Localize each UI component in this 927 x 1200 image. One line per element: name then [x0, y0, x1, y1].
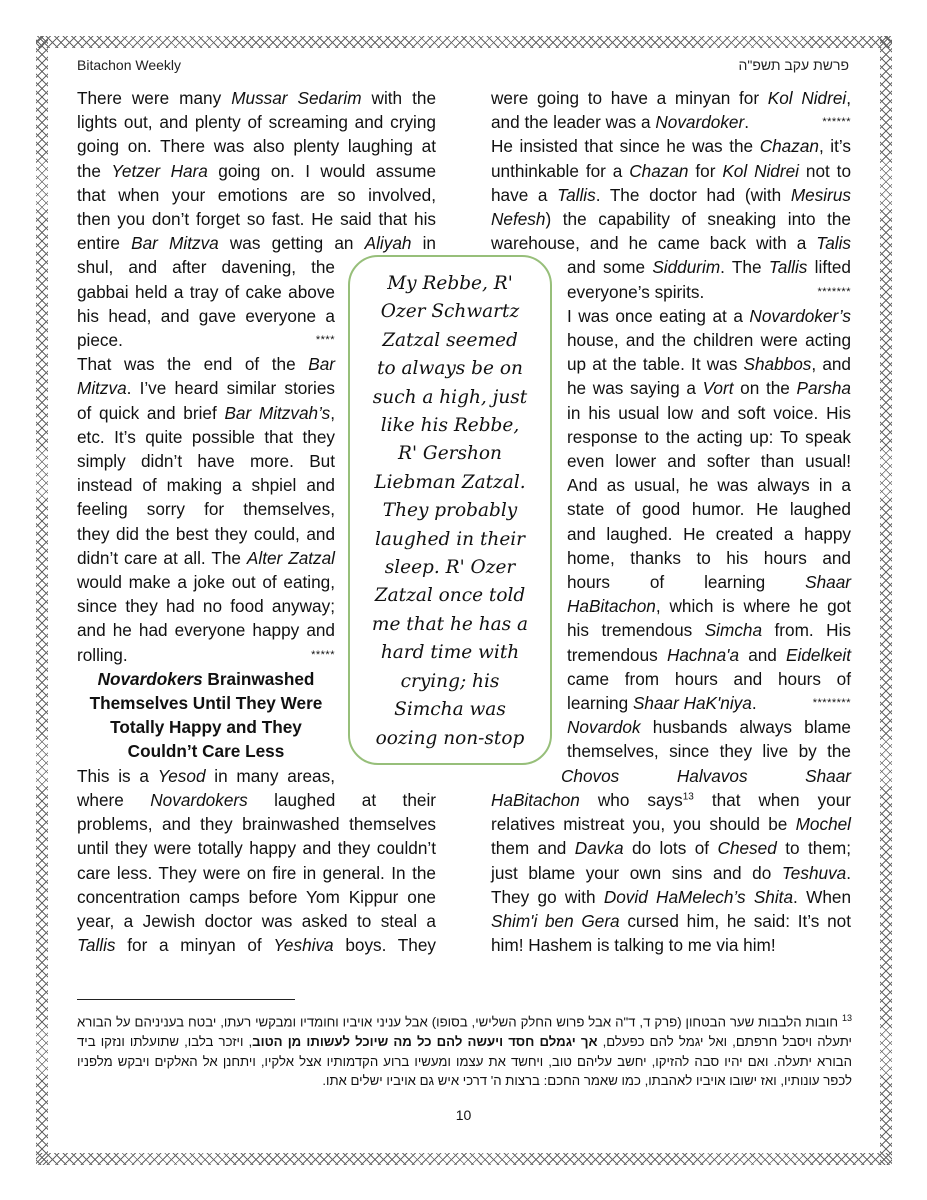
- text-line: Novardok husbands always blame: [567, 715, 851, 739]
- text-line: unthinkable for a Chazan for Kol Nidrei …: [491, 159, 851, 183]
- text-line: and some Siddurim. The Tallis lifted: [567, 255, 851, 279]
- page-border-left: [36, 36, 48, 1165]
- text-line: just blame your own sins and do Teshuva.: [491, 861, 851, 885]
- text-line: Tallis for a minyan of Yeshiva boys. The…: [77, 933, 436, 957]
- text-line: instead of making a shpiel and: [77, 473, 335, 497]
- text-line: year, a Jewish doctor was asked to steal…: [77, 909, 436, 933]
- text-line: problems, and they brainwashed themselve…: [77, 812, 436, 836]
- text-line: learning Shaar HaK'niya.********: [567, 691, 851, 715]
- section-separator: *****: [311, 643, 335, 667]
- text-line: them and Davka do lots of Chesed to them…: [491, 836, 851, 860]
- text-line: Chovos Halvavos Shaar: [561, 764, 851, 788]
- text-line: up at the table. It was Shabbos, and: [567, 352, 851, 376]
- text-line: I was once eating at a Novardoker’s: [567, 304, 851, 328]
- text-line: since they had no food anyway;: [77, 594, 335, 618]
- page-border-right: [880, 36, 892, 1165]
- text-line: etc. It’s quite possible that they: [77, 425, 335, 449]
- text-line: even lower and softer than usual!: [567, 449, 851, 473]
- section-heading: Novardokers Brainwashed Themselves Until…: [77, 667, 335, 764]
- text-line: themselves, since they live by the: [567, 739, 851, 763]
- right-column: were going to have a minyan for Kol Nidr…: [491, 86, 851, 957]
- text-line: and the leader was a Novardoker.******: [491, 110, 851, 134]
- section-separator: ******: [822, 110, 851, 134]
- text-line: in his usual low and soft voice. His: [567, 401, 851, 425]
- text-line: That was the end of the Bar: [77, 352, 335, 376]
- text-line: care less. They were on fire in general.…: [77, 861, 436, 885]
- text-line: simply didn’t have more. But: [77, 449, 335, 473]
- text-line: tremendous Hachna'a and Eidelkeit: [567, 643, 851, 667]
- text-line: that when your emotions are so involved,: [77, 183, 436, 207]
- section-separator: *******: [818, 280, 851, 304]
- text-line: There were many Mussar Sedarim with the: [77, 86, 436, 110]
- text-line: of quick and brief Bar Mitzvah’s,: [77, 401, 335, 425]
- text-line: gabbai held a tray of cake above: [77, 280, 335, 304]
- text-line: warehouse, and he came back with a Talis: [491, 231, 851, 255]
- text-line: until they were totally happy and they c…: [77, 836, 436, 860]
- text-line: home, thanks to his hours and: [567, 546, 851, 570]
- page-border-bottom: [36, 1153, 892, 1165]
- text-line: HaBitachon who says13 that when your: [491, 788, 851, 812]
- footnote-ref[interactable]: 13: [683, 791, 694, 802]
- text-line: piece.****: [77, 328, 335, 352]
- text-line: didn’t care at all. The Alter Zatzal: [77, 546, 335, 570]
- text-line: Shim'i ben Gera cursed him, he said: It’…: [491, 909, 851, 933]
- text-line: house, and the children were acting: [567, 328, 851, 352]
- text-line: and laughed. He created a happy: [567, 522, 851, 546]
- text-line: him! Hashem is talking to me via him!: [491, 933, 851, 957]
- text-line: relatives mistreat you, you should be Mo…: [491, 812, 851, 836]
- running-header-parsha: פרשת עקב תשפ"ה: [739, 57, 849, 73]
- footnote-number: 13: [842, 1013, 852, 1023]
- section-separator: ********: [813, 691, 851, 715]
- text-line: entire Bar Mitzva was getting an Aliyah …: [77, 231, 436, 255]
- text-line: response to the acting up: To speak: [567, 425, 851, 449]
- text-line: He insisted that since he was the Chazan…: [491, 134, 851, 158]
- text-line: his head, and gave everyone a: [77, 304, 335, 328]
- text-line: concentration camps before Yom Kippur on…: [77, 885, 436, 909]
- footnote-separator: [77, 999, 295, 1000]
- running-header-title: Bitachon Weekly: [77, 57, 181, 73]
- text-line: lights out, and plenty of screaming and …: [77, 110, 436, 134]
- text-line: And as usual, he was always in a: [567, 473, 851, 497]
- text-line: feeling sorry for themselves,: [77, 497, 335, 521]
- text-line: came from hours and hours of: [567, 667, 851, 691]
- text-line: the Yetzer Hara going on. I would assume: [77, 159, 436, 183]
- text-line: rolling.*****: [77, 643, 335, 667]
- text-line: have a Tallis. The doctor had (with Mesi…: [491, 183, 851, 207]
- page-border-top: [36, 36, 892, 48]
- text-line: then you don’t forget so fast. He said t…: [77, 207, 436, 231]
- text-line: were going to have a minyan for Kol Nidr…: [491, 86, 851, 110]
- text-line: his tremendous Simcha from. His: [567, 618, 851, 642]
- text-line: everyone’s spirits.*******: [567, 280, 851, 304]
- page-number: 10: [0, 1107, 927, 1123]
- text-line: going on. There was also plenty laughing…: [77, 134, 436, 158]
- footnote: 13 חובות הלבבות שער הבטחון (פרק ד, ד"ה א…: [77, 1009, 852, 1091]
- text-line: they did the best they could, and: [77, 522, 335, 546]
- text-line: he was saying a Vort on the Parsha: [567, 376, 851, 400]
- text-line: They go with Dovid HaMelech’s Shita. Whe…: [491, 885, 851, 909]
- text-line: HaBitachon, which is where he got: [567, 594, 851, 618]
- text-line: where Novardokers laughed at their: [77, 788, 436, 812]
- text-line: and he had everyone happy and: [77, 618, 335, 642]
- text-line: would make a joke out of eating,: [77, 570, 335, 594]
- text-line: This is a Yesod in many areas,: [77, 764, 335, 788]
- text-line: state of good humor. He laughed: [567, 497, 851, 521]
- text-line: hours of learning Shaar: [567, 570, 851, 594]
- text-line: Mitzva. I’ve heard similar stories: [77, 376, 335, 400]
- text-line: shul, and after davening, the: [77, 255, 335, 279]
- section-separator: ****: [316, 328, 335, 352]
- text-line: Nefesh) the capability of sneaking into …: [491, 207, 851, 231]
